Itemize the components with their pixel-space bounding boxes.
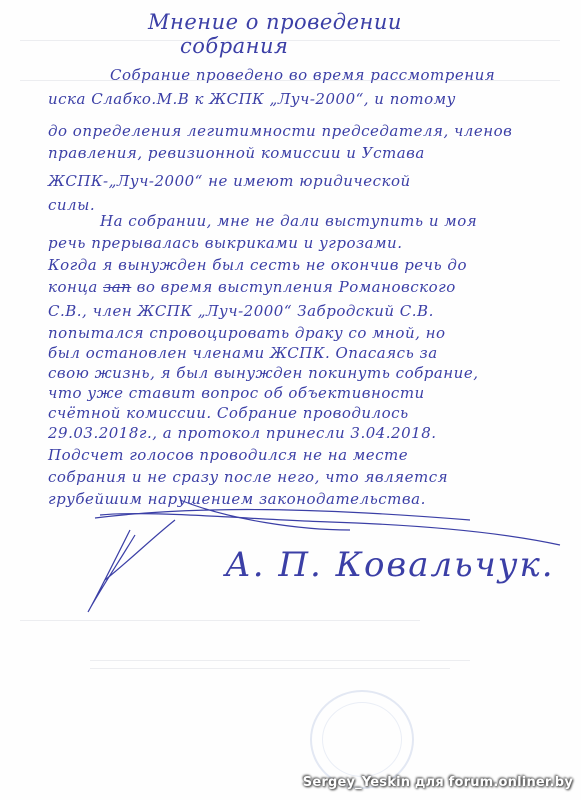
signature-name: А. П. Ковальчук. bbox=[225, 545, 555, 585]
signature-scribble bbox=[0, 0, 581, 800]
watermark-credit: Sergey_Yeskin для forum.onliner.by bbox=[303, 775, 573, 790]
stamp-inner-ring bbox=[322, 702, 402, 777]
scanned-document-page: Мнение о проведении собрания Собрание пр… bbox=[0, 0, 581, 800]
